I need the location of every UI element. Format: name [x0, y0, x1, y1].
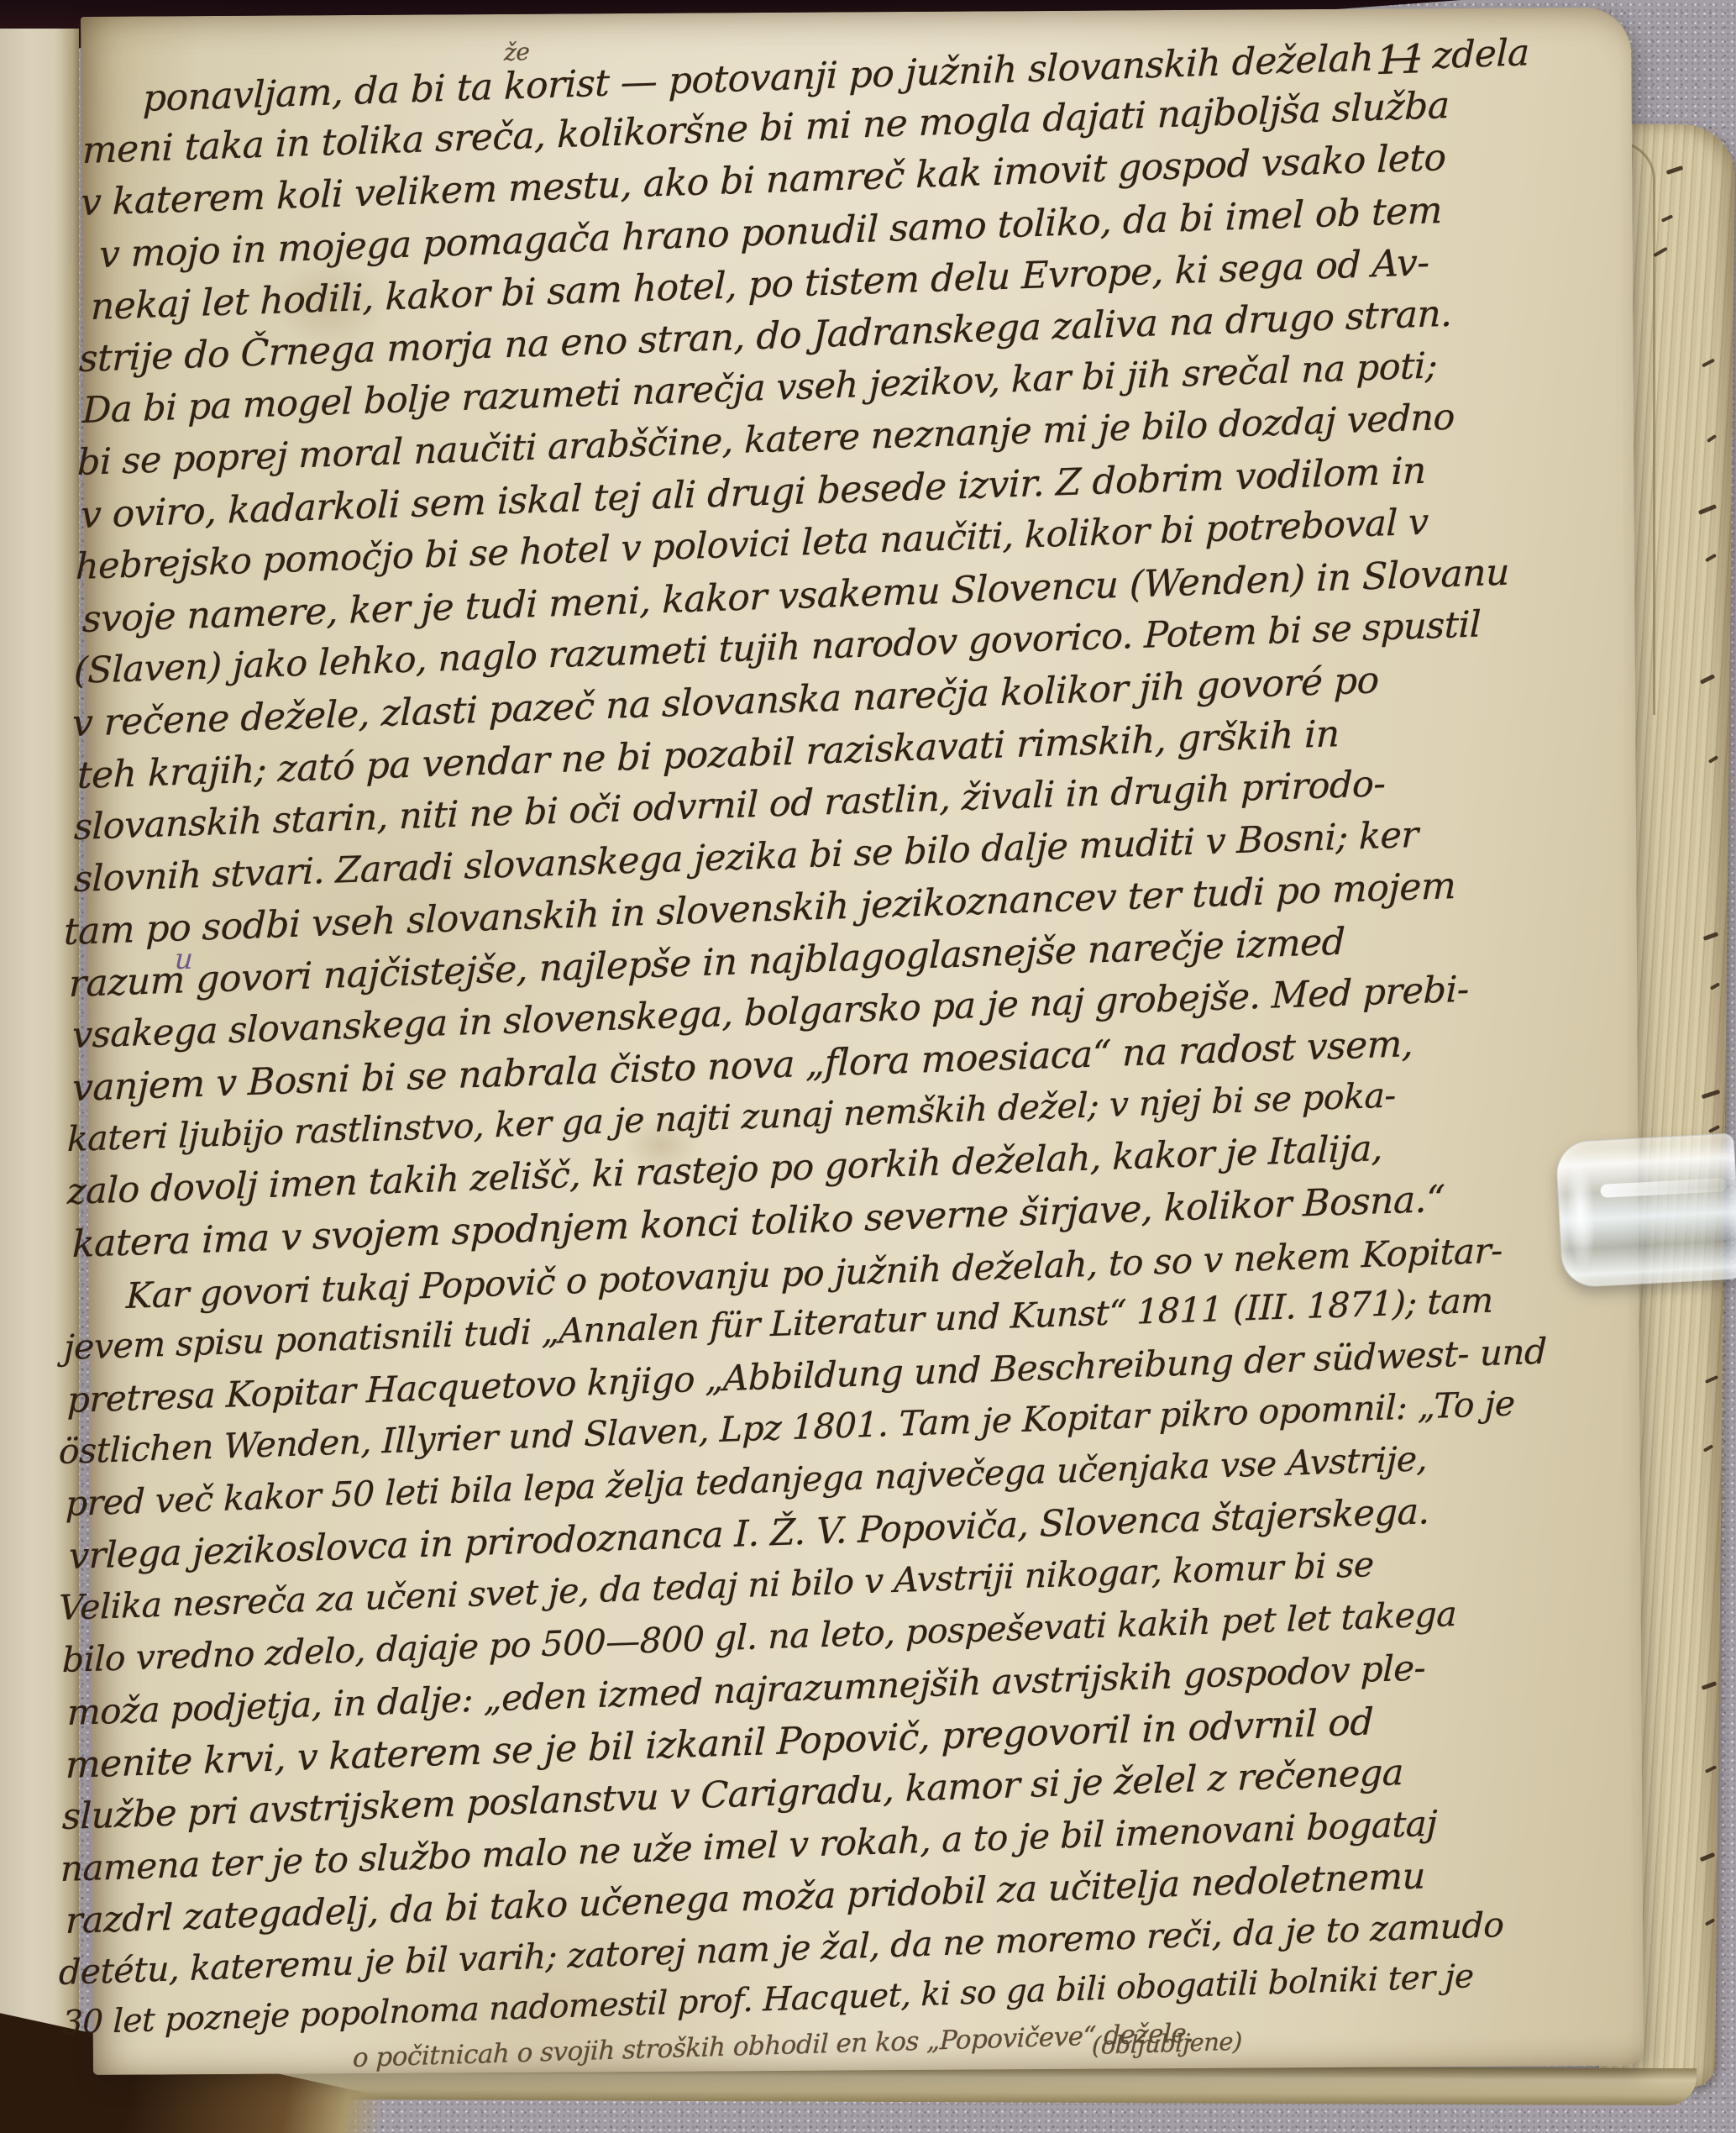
handwriting-layer: 11 ponavljam, da bi ta korist — potovanj… — [0, 0, 1736, 2133]
handwriting-line: že — [504, 38, 530, 66]
photo-of-manuscript: { "colors":{ "ink":"#2e2013","ink_light"… — [0, 0, 1736, 2133]
handwriting-line: (obljubljene) — [1092, 2027, 1243, 2060]
page-number: 11 — [1376, 36, 1427, 84]
handwriting-line: u — [174, 943, 194, 976]
glass-rod — [1555, 1133, 1736, 1289]
